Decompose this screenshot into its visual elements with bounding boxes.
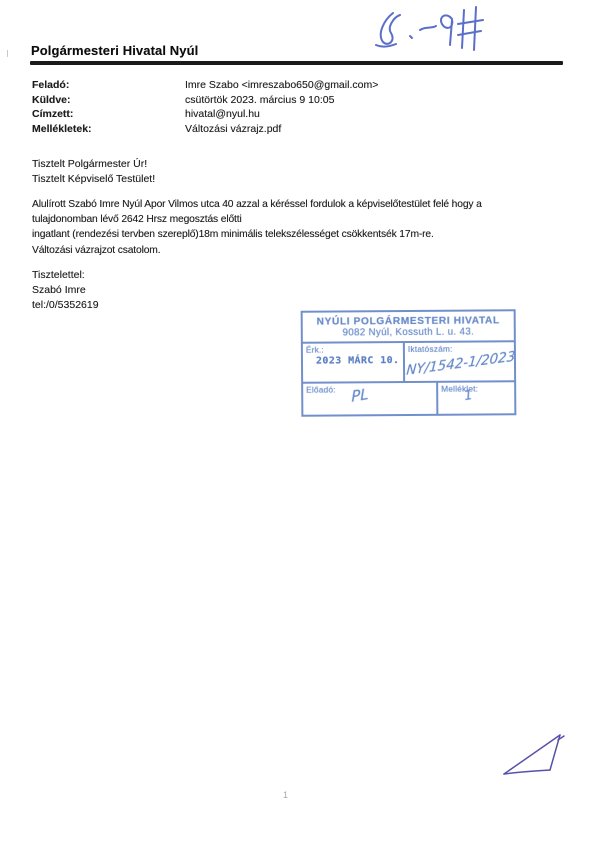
- meta-row-attachments: Mellékletek: Változási vázrajz.pdf: [32, 122, 378, 137]
- from-label: Feladó:: [32, 78, 185, 93]
- clerk-label: Előadó:: [306, 385, 336, 395]
- handwritten-annotation-icon: [363, 4, 503, 52]
- scan-artifact: [7, 50, 8, 57]
- sent-label: Küldve:: [32, 93, 185, 108]
- stamp-cell-received: Érk.: 2023 MÁRC 10.: [303, 343, 405, 382]
- meta-row-from: Feladó: Imre Szabo <imreszabo650@gmail.c…: [32, 78, 378, 93]
- stamp-cell-clerk: Előadó: PL: [303, 383, 438, 415]
- body-line-4: Változási vázrajzot csatolom.: [32, 243, 482, 258]
- title-divider: [30, 61, 563, 65]
- attachment-label: Melléklet:: [441, 384, 478, 394]
- email-metadata: Feladó: Imre Szabo <imreszabo650@gmail.c…: [32, 78, 378, 136]
- document-title: Polgármesteri Hivatal Nyúl: [31, 43, 198, 58]
- closing-line: Tisztelettel:: [32, 268, 99, 283]
- received-date-stamp: 2023 MÁRC 10.: [316, 355, 400, 367]
- body-line-3: ingatlant (rendezési tervben szereplő)18…: [32, 227, 482, 242]
- meta-row-sent: Küldve: csütörtök 2023. március 9 10:05: [32, 93, 378, 108]
- attachments-label: Mellékletek:: [32, 122, 185, 137]
- sender-phone: tel:/0/5352619: [32, 298, 99, 313]
- file-number-label: Iktatószám:: [408, 344, 453, 354]
- attachments-value: Változási vázrajz.pdf: [185, 122, 281, 137]
- stamp-office-name: NYÚLI POLGÁRMESTERI HIVATAL: [305, 315, 512, 327]
- meta-row-to: Címzett: hivatal@nyul.hu: [32, 107, 378, 122]
- email-body: Alulírott Szabó Imre Nyúl Apor Vilmos ut…: [32, 197, 482, 258]
- sent-value: csütörtök 2023. március 9 10:05: [185, 93, 334, 108]
- email-closing: Tisztelettel: Szabó Imre tel:/0/5352619: [32, 268, 99, 312]
- scanned-document-page: Polgármesteri Hivatal Nyúl Feladó: Imre …: [0, 0, 595, 842]
- to-value: hivatal@nyul.hu: [185, 107, 260, 122]
- page-number: 1: [283, 790, 288, 800]
- handwritten-checkmark-icon: [496, 726, 578, 780]
- received-label: Érk.:: [306, 345, 324, 355]
- stamp-office-address: 9082 Nyúl, Kossuth L. u. 43.: [305, 326, 512, 338]
- stamp-cell-file-number: Iktatószám: NY/1542-1/2023: [405, 342, 514, 381]
- stamp-row-received: Érk.: 2023 MÁRC 10. Iktatószám: NY/1542-…: [303, 342, 514, 383]
- salutation: Tisztelt Polgármester Úr! Tisztelt Képvi…: [32, 157, 155, 187]
- from-value: Imre Szabo <imreszabo650@gmail.com>: [185, 78, 378, 93]
- to-label: Címzett:: [32, 107, 185, 122]
- body-line-2: tulajdonomban lévő 2642 Hrsz megosztás e…: [32, 212, 482, 227]
- stamp-row-clerk: Előadó: PL Melléklet: 1: [303, 382, 514, 414]
- office-received-stamp: NYÚLI POLGÁRMESTERI HIVATAL 9082 Nyúl, K…: [301, 309, 517, 416]
- salutation-line-1: Tisztelt Polgármester Úr!: [32, 157, 155, 172]
- stamp-header: NYÚLI POLGÁRMESTERI HIVATAL 9082 Nyúl, K…: [303, 311, 514, 343]
- sender-name: Szabó Imre: [32, 283, 99, 298]
- clerk-initials-handwritten: PL: [351, 385, 369, 406]
- stamp-cell-attachment: Melléklet: 1: [438, 382, 514, 414]
- body-line-1: Alulírott Szabó Imre Nyúl Apor Vilmos ut…: [32, 197, 482, 212]
- salutation-line-2: Tisztelt Képviselő Testület!: [32, 172, 155, 187]
